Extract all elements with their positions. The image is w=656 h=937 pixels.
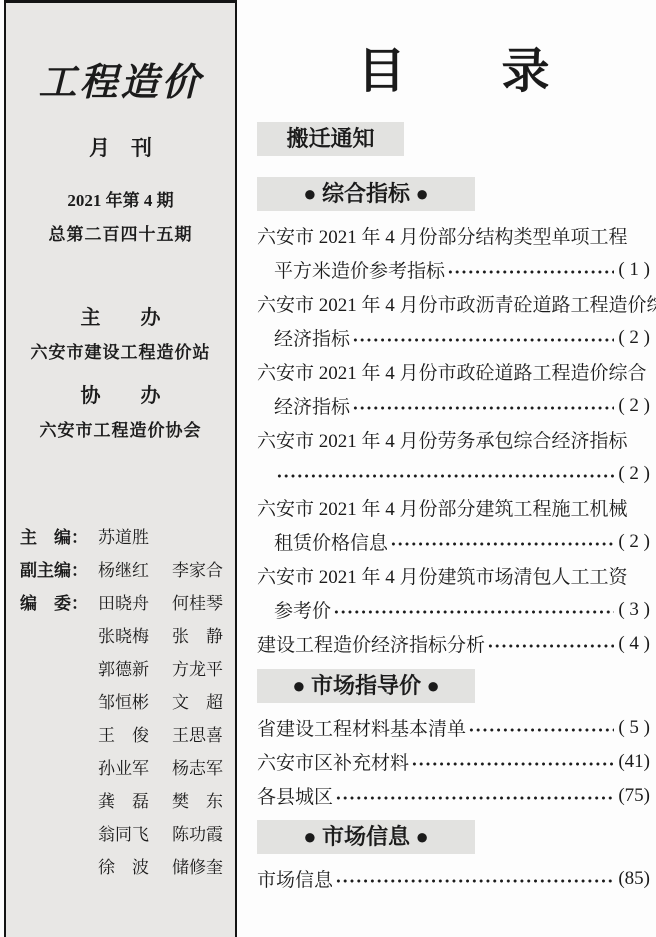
board-member-name: 王 俊 (98, 721, 172, 746)
host-organization: 六安市建设工程造价站 (6, 338, 235, 363)
journal-title: 工程造价 (6, 51, 235, 106)
toc-entry-text: 各县城区 (257, 782, 333, 809)
dot-leader (390, 533, 614, 551)
section-header-composite-index: ● 综合指标 ● (257, 177, 475, 211)
notice-badge: 搬迁通知 (257, 122, 404, 156)
toc-entry-page: ( 2 ) (618, 531, 650, 553)
host-label: 主 办 (6, 301, 235, 330)
board-member-name: 方龙平 (172, 655, 227, 680)
board-member-name: 张晓梅 (98, 622, 172, 647)
deputy-editor-name: 杨继红 (98, 556, 172, 581)
toc-entry: ( 2 ) (257, 463, 650, 484)
toc-entry-text: 六安市 2021 年 4 月份市政沥青砼道路工程造价综合 (257, 290, 656, 317)
dot-leader (333, 601, 614, 619)
board-member-name: 孙业军 (98, 754, 172, 779)
section-rows: 市场信息 (85) (257, 868, 650, 889)
board-member-row: 孙业军 杨志军 (20, 754, 227, 779)
dot-leader (468, 719, 614, 737)
toc-entry-page: (41) (618, 751, 650, 773)
toc-entry-page: ( 2 ) (618, 395, 650, 417)
toc-entry: 经济指标 ( 2 ) (257, 327, 650, 348)
toc-entry: 各县城区 (75) (257, 785, 650, 806)
board-member-name: 徐 波 (98, 853, 172, 878)
dot-leader (335, 787, 614, 805)
toc-entry: 市场信息 (85) (257, 868, 650, 889)
toc-entry-text: 六安市 2021 年 4 月份劳务承包综合经济指标 (257, 426, 628, 453)
deputy-editor-label: 副主编： (20, 556, 98, 581)
board-member-row: 徐 波 储修奎 (20, 853, 227, 878)
board-member-row: 编 委： 田晓舟 何桂琴 (20, 589, 227, 614)
toc-entry: 建设工程造价经济指标分析 ( 4 ) (257, 633, 650, 654)
board-member-name: 樊 东 (172, 787, 227, 812)
board-member-row: 张晓梅 张 静 (20, 622, 227, 647)
board-member-name: 储修奎 (172, 853, 227, 878)
toc-entry-text: 租赁价格信息 (274, 528, 388, 555)
board-member-row: 郭德新 方龙平 (20, 655, 227, 680)
journal-masthead-panel: 工程造价 月 刊 2021 年第 4 期 总第二百四十五期 主 办 六安市建设工… (4, 0, 237, 937)
board-member-row: 王 俊 王思喜 (20, 721, 227, 746)
toc-entry: 六安市 2021 年 4 月份建筑市场清包人工工资 (257, 565, 650, 586)
dot-leader (335, 870, 614, 888)
table-of-contents: 目 录 搬迁通知 ● 综合指标 ● 六安市 2021 年 4 月份部分结构类型单… (237, 0, 656, 937)
board-member-name: 龚 磊 (98, 787, 172, 812)
toc-entry-text: 经济指标 (274, 324, 350, 351)
deputy-editor-name: 李家合 (172, 556, 227, 581)
board-member-name: 翁同飞 (98, 820, 172, 845)
issue-total-number: 总第二百四十五期 (6, 220, 235, 245)
dot-leader (352, 397, 614, 415)
journal-periodicity: 月 刊 (6, 132, 235, 162)
toc-entry: 经济指标 ( 2 ) (257, 395, 650, 416)
toc-entry-text: 经济指标 (274, 392, 350, 419)
issue-number: 2021 年第 4 期 (6, 186, 235, 211)
board-member-name: 邹恒彬 (98, 688, 172, 713)
board-member-row: 龚 磊 樊 东 (20, 787, 227, 812)
toc-entry: 六安市 2021 年 4 月份劳务承包综合经济指标 (257, 429, 650, 450)
board-member-name: 田晓舟 (98, 589, 172, 614)
dot-leader (411, 753, 614, 771)
toc-entry: 省建设工程材料基本清单 ( 5 ) (257, 717, 650, 738)
toc-entry-text: 六安市 2021 年 4 月份部分结构类型单项工程 (257, 222, 628, 249)
section-rows: 六安市 2021 年 4 月份部分结构类型单项工程 平方米造价参考指标 ( 1 … (257, 225, 650, 654)
board-member-name: 杨志军 (172, 754, 227, 779)
toc-entry-text: 六安市 2021 年 4 月份部分建筑工程施工机械 (257, 494, 628, 521)
dot-leader (447, 261, 614, 279)
chief-editor-label: 主 编： (20, 523, 98, 548)
board-member-row: 邹恒彬 文 超 (20, 688, 227, 713)
deputy-editor-row: 副主编： 杨继红 李家合 (20, 556, 227, 581)
editorial-board: 主 编： 苏道胜 副主编： 杨继红 李家合 编 委： 田晓舟 何桂琴 张晓梅 张… (6, 523, 235, 878)
dot-leader (276, 465, 614, 483)
toc-entry-text: 平方米造价参考指标 (274, 256, 445, 283)
toc-entry-page: ( 4 ) (618, 633, 650, 655)
toc-entry: 六安市 2021 年 4 月份部分结构类型单项工程 (257, 225, 650, 246)
section-rows: 省建设工程材料基本清单 ( 5 ) 六安市区补充材料 (41) 各县城区 (75… (257, 717, 650, 806)
board-member-name: 陈功霞 (172, 820, 227, 845)
chief-editor-name: 苏道胜 (98, 523, 172, 548)
toc-entry-text: 建设工程造价经济指标分析 (257, 630, 485, 657)
board-member-row: 翁同飞 陈功霞 (20, 820, 227, 845)
toc-entry-text: 参考价 (274, 596, 331, 623)
dot-leader (352, 329, 614, 347)
chief-editor-row: 主 编： 苏道胜 (20, 523, 227, 548)
toc-entry-text: 市场信息 (257, 865, 333, 892)
toc-entry: 平方米造价参考指标 ( 1 ) (257, 259, 650, 280)
cohost-label: 协 办 (6, 379, 235, 408)
toc-entry-page: ( 5 ) (618, 717, 650, 739)
toc-entry-text: 六安市区补充材料 (257, 748, 409, 775)
toc-entry: 参考价 ( 3 ) (257, 599, 650, 620)
page-title: 目 录 (257, 44, 650, 99)
board-member-name: 文 超 (172, 688, 227, 713)
section-header-market-guide-price: ● 市场指导价 ● (257, 669, 475, 703)
toc-entry-text: 六安市 2021 年 4 月份建筑市场清包人工工资 (257, 562, 628, 589)
toc-entry: 六安市区补充材料 (41) (257, 751, 650, 772)
toc-entry: 租赁价格信息 ( 2 ) (257, 531, 650, 552)
toc-entry-page: ( 1 ) (618, 259, 650, 281)
toc-entry-page: ( 3 ) (618, 599, 650, 621)
toc-entry-page: ( 2 ) (618, 463, 650, 485)
toc-entry-text: 省建设工程材料基本清单 (257, 714, 466, 741)
toc-entry-page: ( 2 ) (618, 327, 650, 349)
board-member-name: 张 静 (172, 622, 227, 647)
section-header-market-info: ● 市场信息 ● (257, 820, 475, 854)
toc-entry: 六安市 2021 年 4 月份市政沥青砼道路工程造价综合 (257, 293, 650, 314)
board-member-name: 郭德新 (98, 655, 172, 680)
board-label: 编 委： (20, 589, 98, 614)
toc-entry: 六安市 2021 年 4 月份市政砼道路工程造价综合 (257, 361, 650, 382)
toc-entry-page: (75) (618, 785, 650, 807)
toc-entry-text: 六安市 2021 年 4 月份市政砼道路工程造价综合 (257, 358, 647, 385)
dot-leader (487, 635, 614, 653)
board-member-name: 何桂琴 (172, 589, 227, 614)
toc-entry-page: (85) (618, 868, 650, 890)
cohost-organization: 六安市工程造价协会 (6, 416, 235, 441)
toc-entry: 六安市 2021 年 4 月份部分建筑工程施工机械 (257, 497, 650, 518)
board-member-name: 王思喜 (172, 721, 227, 746)
